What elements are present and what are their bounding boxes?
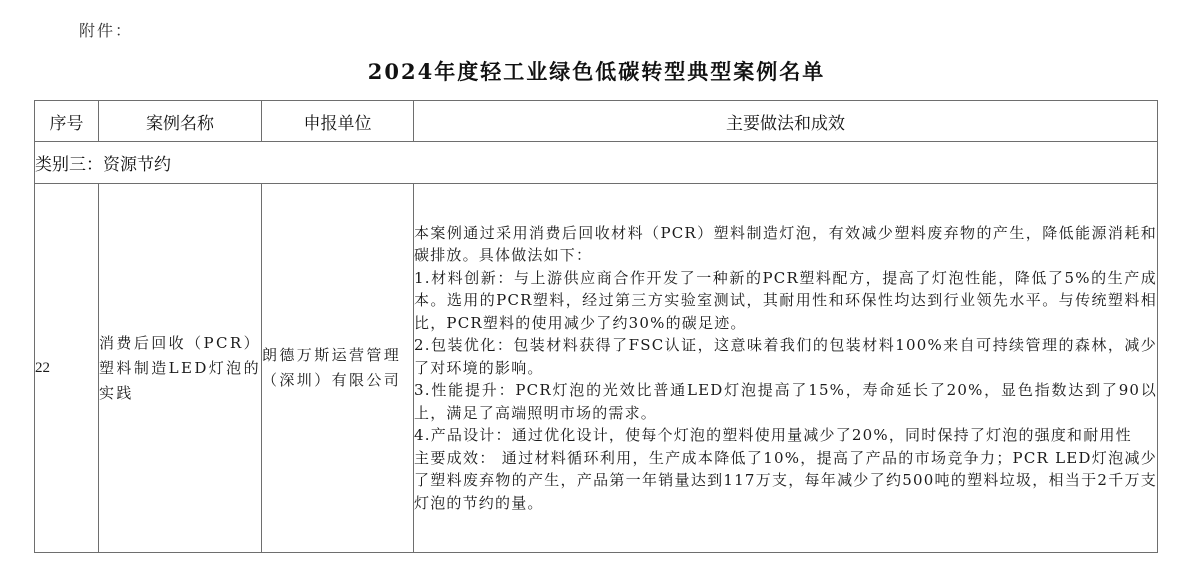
cell-description: 本案例通过采用消费后回收材料（PCR）塑料制造灯泡，有效减少塑料废弃物的产生，降… — [414, 184, 1158, 553]
cell-serial-number: 22 — [35, 184, 99, 553]
category-row: 类别三：资源节约 — [35, 142, 1158, 184]
cell-case-name: 消费后回收（PCR）塑料制造LED灯泡的实践 — [99, 184, 262, 553]
description-intro: 本案例通过采用消费后回收材料（PCR）塑料制造灯泡，有效减少塑料废弃物的产生，降… — [414, 222, 1157, 267]
attachment-label: 附件： — [79, 18, 133, 41]
description-item-material: 1.材料创新：与上游供应商合作开发了一种新的PCR塑料配方，提高了灯泡性能，降低… — [414, 267, 1157, 335]
table-header-row: 序号 案例名称 申报单位 主要做法和成效 — [35, 101, 1158, 142]
category-label: 类别三：资源节约 — [35, 142, 1158, 184]
header-practices-results: 主要做法和成效 — [414, 101, 1158, 142]
header-serial-number: 序号 — [35, 101, 99, 142]
cases-table: 序号 案例名称 申报单位 主要做法和成效 类别三：资源节约 22 消费后回收（P… — [34, 100, 1158, 553]
header-case-name: 案例名称 — [99, 101, 262, 142]
header-applicant: 申报单位 — [262, 101, 414, 142]
description-item-design: 4.产品设计：通过优化设计，使每个灯泡的塑料使用量减少了20%，同时保持了灯泡的… — [414, 424, 1157, 447]
description-item-packaging: 2.包装优化：包装材料获得了FSC认证，这意味着我们的包装材料100%来自可持续… — [414, 334, 1157, 379]
document-title: 2024年度轻工业绿色低碳转型典型案例名单 — [0, 56, 1193, 86]
description-results: 主要成效： 通过材料循环利用，生产成本降低了10%，提高了产品的市场竞争力；PC… — [414, 447, 1157, 515]
description-item-performance: 3.性能提升：PCR灯泡的光效比普通LED灯泡提高了15%，寿命延长了20%，显… — [414, 379, 1157, 424]
cell-applicant: 朗德万斯运营管理（深圳）有限公司 — [262, 184, 414, 553]
table-row: 22 消费后回收（PCR）塑料制造LED灯泡的实践 朗德万斯运营管理（深圳）有限… — [35, 184, 1158, 553]
